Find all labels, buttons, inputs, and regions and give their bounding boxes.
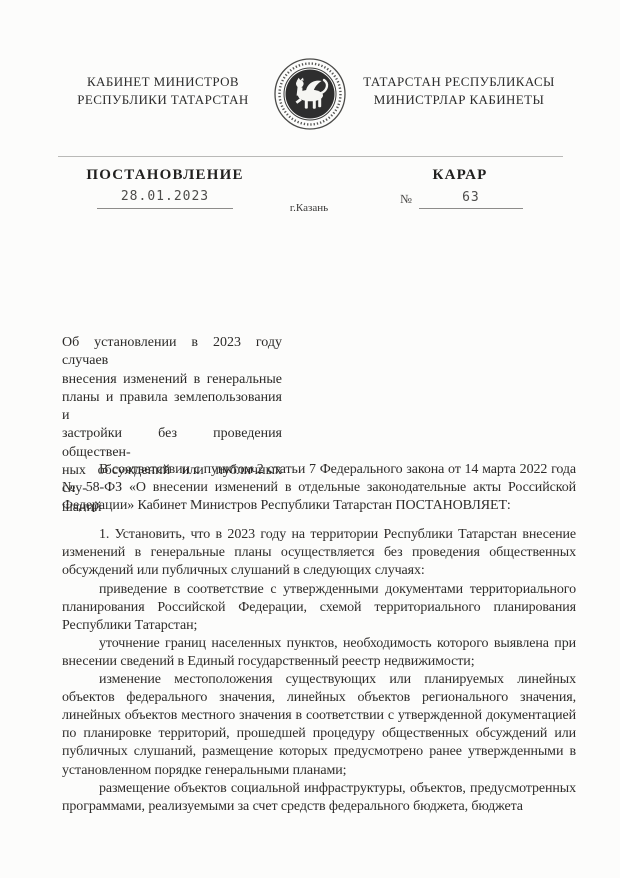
document-number: № 63 [400, 190, 523, 209]
title-line: планы и правила землепользования и [62, 389, 282, 426]
org-name-line: ТАТАРСТАН РЕСПУБЛИКАСЫ [352, 73, 566, 91]
doc-type-karar: КАРАР [358, 167, 562, 184]
city-label: г.Казань [257, 202, 361, 214]
document-body: В соответствии с пунктом 2 статьи 7 Феде… [62, 461, 576, 816]
body-paragraph: В соответствии с пунктом 2 статьи 7 Феде… [62, 461, 576, 515]
body-paragraph: приведение в соответствие с утвержденным… [62, 581, 576, 635]
org-name-line: РЕСПУБЛИКИ ТАТАРСТАН [60, 91, 266, 109]
body-paragraph: уточнение границ населенных пунктов, нео… [62, 635, 576, 671]
number-field: 63 [419, 190, 523, 209]
title-line: застройки без проведения обществен- [62, 425, 282, 462]
org-name-line: МИНИСТРЛАР КАБИНЕТЫ [352, 91, 566, 109]
doc-type-postanovlenie: ПОСТАНОВЛЕНИЕ [62, 167, 268, 184]
org-name-tatar: ТАТАРСТАН РЕСПУБЛИКАСЫ МИНИСТРЛАР КАБИНЕ… [352, 73, 566, 108]
body-paragraph: изменение местоположения существующих ил… [62, 671, 576, 780]
org-name-line: КАБИНЕТ МИНИСТРОВ [60, 73, 266, 91]
header-divider [58, 156, 563, 157]
body-paragraph: размещение объектов социальной инфрастру… [62, 780, 576, 816]
date-field: 28.01.2023 [97, 189, 233, 209]
number-sign: № [400, 192, 412, 209]
tatarstan-coat-of-arms-icon [273, 57, 347, 131]
title-line: Об установлении в 2023 году случаев [62, 334, 282, 371]
document-page: КАБИНЕТ МИНИСТРОВ РЕСПУБЛИКИ ТАТАРСТАН [0, 0, 620, 878]
org-name-russian: КАБИНЕТ МИНИСТРОВ РЕСПУБЛИКИ ТАТАРСТАН [60, 73, 266, 108]
title-line: внесения изменений в генеральные [62, 371, 282, 389]
body-paragraph: 1. Установить, что в 2023 году на террит… [62, 526, 576, 580]
